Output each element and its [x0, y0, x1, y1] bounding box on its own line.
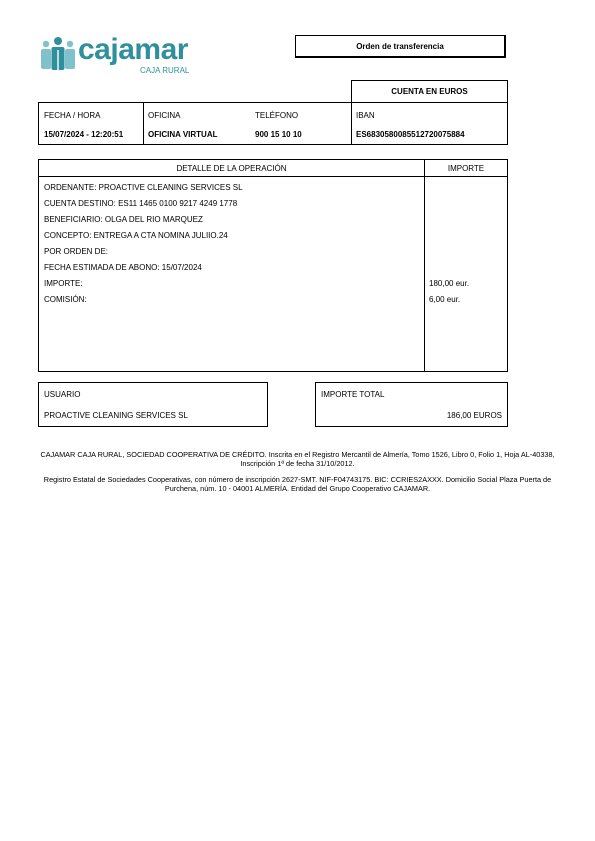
comision-value: 6,00 eur.: [429, 292, 460, 308]
divider: [351, 103, 352, 144]
telefono-label: TELÉFONO: [255, 111, 298, 121]
legal-footer-1: CAJAMAR CAJA RURAL, SOCIEDAD COOPERATIVA…: [20, 451, 575, 469]
fecha-value: 15/07/2024 - 12:20:51: [44, 130, 123, 140]
brand-subtitle: CAJA RURAL: [140, 66, 189, 76]
oficina-label: OFICINA: [148, 111, 180, 121]
detail-line-fecha-abono: FECHA ESTIMADA DE ABONO: 15/07/2024: [44, 260, 243, 276]
account-currency-box: CUENTA EN EUROS: [351, 80, 508, 102]
total-label: IMPORTE TOTAL: [321, 390, 384, 400]
people-icon: [38, 36, 78, 72]
brand-logo: [38, 36, 78, 72]
amount-header: IMPORTE: [424, 164, 508, 174]
account-currency: CUENTA EN EUROS: [391, 87, 467, 96]
document-title: Orden de transferencia: [356, 42, 444, 51]
fecha-label: FECHA / HORA: [44, 111, 100, 121]
iban-value: ES6830580085512720075884: [356, 130, 465, 140]
divider: [143, 103, 144, 144]
usuario-box: USUARIO PROACTIVE CLEANING SERVICES SL: [38, 382, 268, 427]
detail-line-cuenta-destino: CUENTA DESTINO: ES11 1465 0100 9217 4249…: [44, 196, 243, 212]
iban-label: IBAN: [356, 111, 375, 121]
detail-line-ordenante: ORDENANTE: PROACTIVE CLEANING SERVICES S…: [44, 180, 243, 196]
usuario-value: PROACTIVE CLEANING SERVICES SL: [44, 411, 188, 421]
oficina-value: OFICINA VIRTUAL: [148, 130, 217, 140]
document-title-box: Orden de transferencia: [295, 35, 506, 58]
detail-line-por-orden: POR ORDEN DE:: [44, 244, 243, 260]
divider: [424, 160, 425, 371]
operation-info-row: FECHA / HORA 15/07/2024 - 12:20:51 OFICI…: [38, 102, 508, 145]
detail-line-beneficiario: BENEFICIARIO: OLGA DEL RIO MARQUEZ: [44, 212, 243, 228]
telefono-value: 900 15 10 10: [255, 130, 302, 140]
detail-line-importe: IMPORTE:: [44, 276, 243, 292]
total-value: 186,00 EUROS: [447, 411, 502, 421]
total-box: IMPORTE TOTAL 186,00 EUROS: [315, 382, 508, 427]
operation-detail-table: DETALLE DE LA OPERACIÓN IMPORTE ORDENANT…: [38, 159, 508, 372]
usuario-label: USUARIO: [44, 390, 80, 400]
legal-footer-2: Registro Estatal de Sociedades Cooperati…: [20, 476, 575, 494]
detail-line-comision: COMISIÓN:: [44, 292, 243, 308]
divider: [39, 176, 507, 177]
importe-value: 180,00 eur.: [429, 276, 469, 292]
detail-header: DETALLE DE LA OPERACIÓN: [39, 164, 424, 174]
brand-name: cajamar: [78, 33, 188, 67]
detail-line-concepto: CONCEPTO: ENTREGA A CTA NOMINA JULIIO.24: [44, 228, 243, 244]
detail-lines: ORDENANTE: PROACTIVE CLEANING SERVICES S…: [44, 180, 243, 308]
